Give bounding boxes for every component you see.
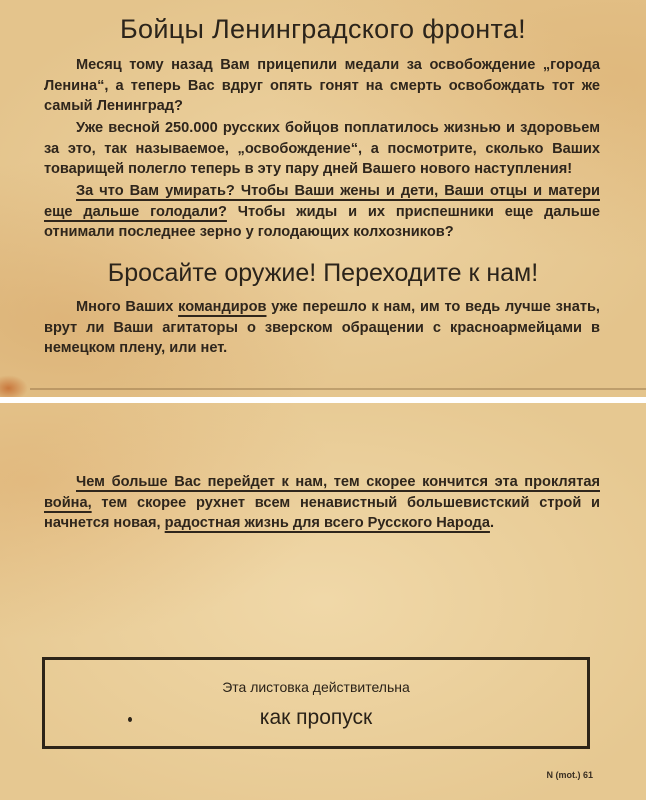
- pass-box: Эта листовка действительна как пропуск: [42, 657, 590, 749]
- leaflet-code: N (mot.) 61: [546, 770, 593, 780]
- leaflet-title: Бойцы Ленинградского фронта!: [0, 14, 646, 45]
- call-to-action-headline: Бросайте оружие! Переходите к нам!: [0, 259, 646, 288]
- paragraph-2: Уже весной 250.000 русских бойцов поплат…: [44, 118, 600, 180]
- underlined-text: командиров: [178, 299, 266, 315]
- paragraph-1: Месяц тому назад Вам прицепили медали за…: [44, 55, 600, 117]
- underlined-text: радостная жизнь для всего Русского Народ…: [165, 515, 490, 531]
- paragraph-4: Много Ваших командиров уже перешло к нам…: [44, 297, 600, 359]
- fold-line: [30, 388, 646, 390]
- stain: [0, 375, 28, 397]
- pass-text-line-2: как пропуск: [45, 706, 587, 730]
- paragraph-3: За что Вам умирать? Чтобы Ваши жены и де…: [44, 181, 600, 243]
- pass-text-line-1: Эта листовка действительна: [45, 679, 587, 695]
- paragraph-5: Чем больше Вас перейдет к нам, тем скоре…: [44, 472, 600, 534]
